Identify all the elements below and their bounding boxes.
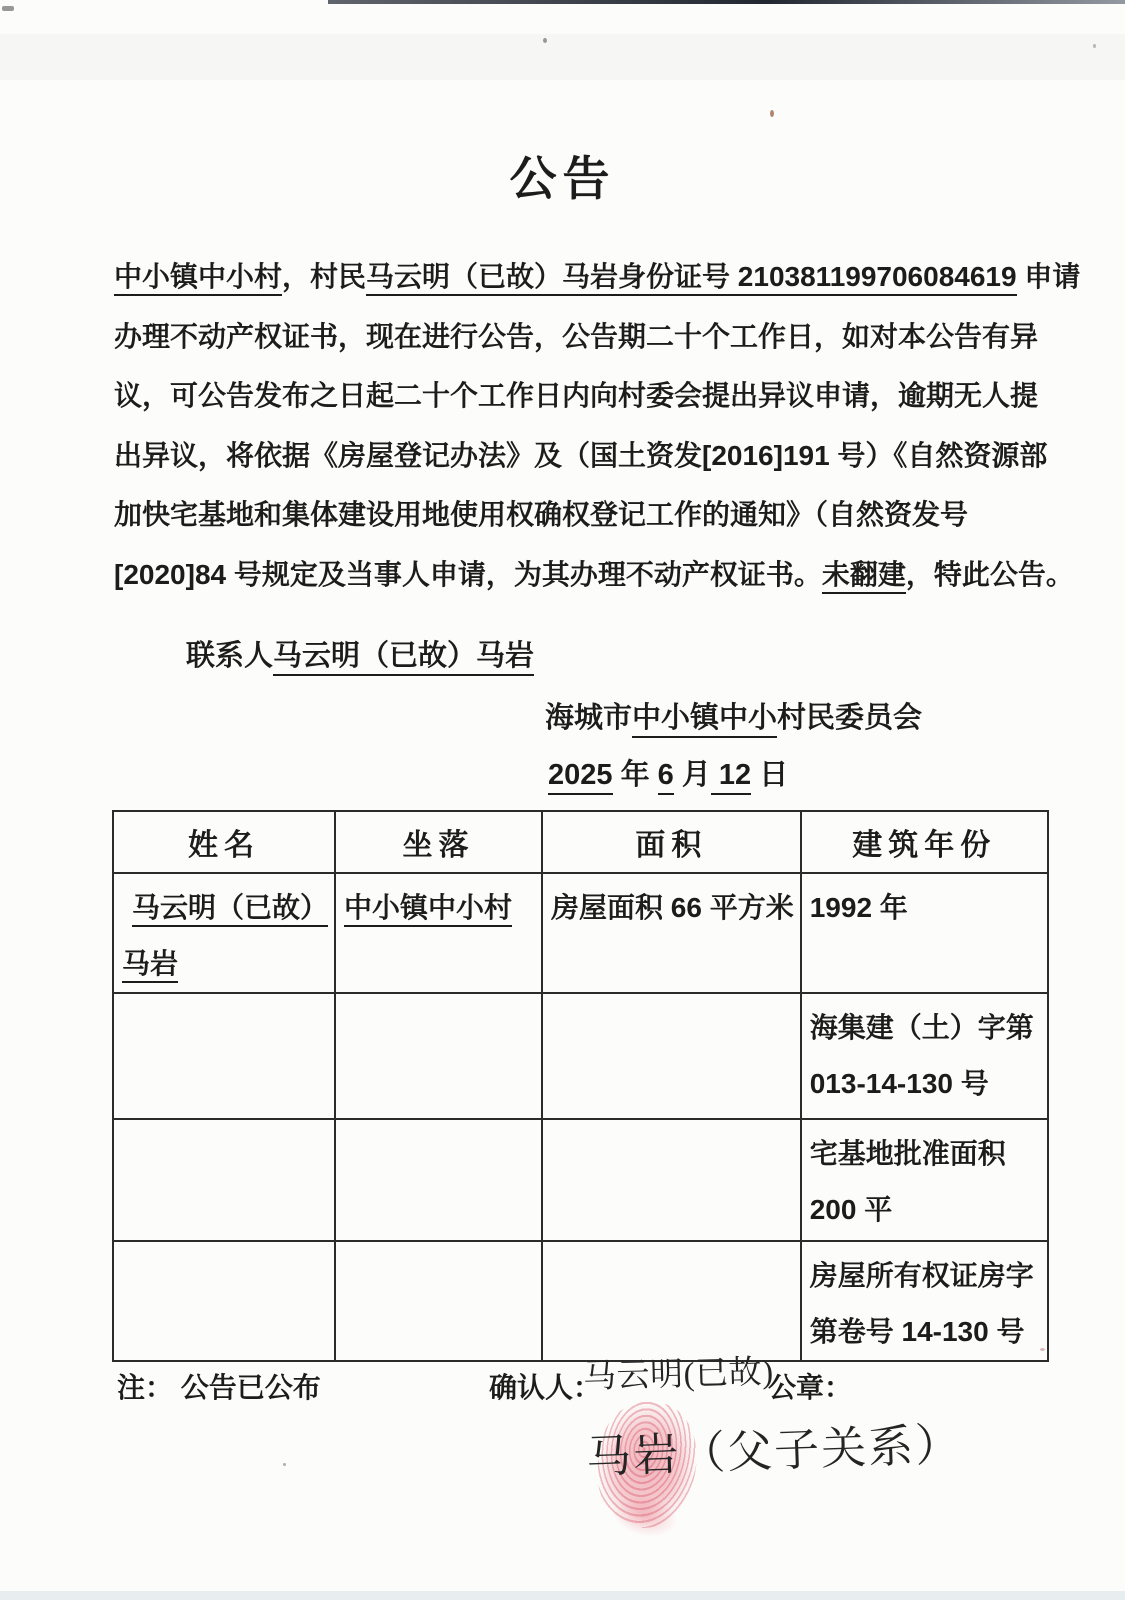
issuing-committee-line: 海城市中小镇中小村民委员会 [545,700,922,736]
text-segment: 2025 [548,759,613,795]
text-segment: 出异议，将依据《房屋登记办法》及（国土资发[2016]191 号）《自然资源部 [114,440,1047,471]
text-segment: 第卷号 14-130 号 [810,1316,1025,1347]
text-segment: 中小镇中小 [632,702,777,738]
text-segment: 日 [751,759,788,791]
col-header-location: 坐落 [335,811,542,873]
cell-line: 200 平 [810,1182,1041,1238]
cell-line: 海集建（土）字第 [810,1000,1041,1056]
body-line-5: 加快宅基地和集体建设用地使用权确权登记工作的通知》（自然资发号 [114,485,1016,545]
text-segment: 马云明（已故） [132,892,328,927]
cell-name: 马云明（已故）马岩 [113,873,335,993]
page-title: 公告 [0,142,1125,209]
cell-location: 中小镇中小村 [335,873,542,993]
official-seal-label: 公章： [768,1368,852,1408]
text-segment: 马岩 [122,948,178,983]
cell-name [113,1241,335,1361]
body-line-3: 议，可公告发布之日起二十个工作日内向村委会提出异议申请，逾期无人提 [114,366,1016,426]
cell-location [335,1119,542,1241]
text-segment: 村民委员会 [777,702,922,734]
cell-line: 马云明（已故） [122,880,328,936]
body-line-2: 办理不动产权证书，现在进行公告，公告期二十个工作日，如对本公告有异 [114,307,1016,367]
text-segment: 海集建（土）字第 [810,1012,1034,1043]
cell-year: 海集建（土）字第013-14-130 号 [801,993,1048,1119]
text-segment: 1992 年 [810,892,908,923]
cell-area: 房屋面积 66 平方米 [542,873,801,993]
text-segment: 未翻建 [822,559,906,594]
text-segment: [2020]84 号规定及当事人申请，为其办理不动产权证书。 [114,559,822,590]
published-note: 注： 公告已公布 [117,1368,321,1408]
scan-speck [283,1463,286,1466]
table-row: 房屋所有权证房字第卷号 14-130 号 [113,1241,1048,1361]
cell-line: 1992 年 [810,880,1041,936]
announcement-body: 中小镇中小村，村民马云明（已故）马岩身份证号 21038119970608461… [114,247,1016,604]
text-segment: 联系人 [186,640,273,672]
contact-person-line: 联系人马云明（已故）马岩 [186,638,534,674]
col-header-name: 姓名 [113,811,335,873]
text-segment: 马云明（已故）马岩身份证号 210381199706084619 [366,261,1017,296]
cell-line: 房屋所有权证房字 [810,1248,1041,1304]
text-segment: 加快宅基地和集体建设用地使用权确权登记工作的通知》（自然资发号 [114,499,968,530]
cell-line: 宅基地批准面积 [810,1126,1041,1182]
text-segment: 中小镇中小村 [344,892,512,927]
cell-year: 宅基地批准面积200 平 [801,1119,1048,1241]
text-segment: 月 [674,759,711,791]
text-segment: 宅基地批准面积 [810,1138,1006,1169]
text-segment: 海城市 [545,702,632,734]
cell-area [542,1241,801,1361]
scan-speck [1093,44,1096,48]
cell-name [113,1119,335,1241]
scan-corner-artifact [2,6,14,11]
table-row: 海集建（土）字第013-14-130 号 [113,993,1048,1119]
text-segment: 房屋面积 66 平方米 [551,892,794,923]
scan-edge-artifact [328,0,1125,4]
text-segment: 办理不动产权证书，现在进行公告，公告期二十个工作日，如对本公告有异 [114,321,1038,352]
col-header-year: 建筑年份 [801,811,1048,873]
scanned-announcement-page: 公告 中小镇中小村，村民马云明（已故）马岩身份证号 21038119970608… [0,0,1125,1600]
text-segment: 200 平 [810,1194,893,1225]
text-segment: 中小镇中小村 [114,261,282,296]
text-segment: 马云明（已故）马岩 [273,640,534,676]
col-header-area: 面积 [542,811,801,873]
cell-name [113,993,335,1119]
table-row: 马云明（已故）马岩 中小镇中小村 房屋面积 66 平方米 1992 年 [113,873,1048,993]
text-segment: ，特此公告。 [906,559,1074,590]
cell-year: 房屋所有权证房字第卷号 14-130 号 [801,1241,1048,1361]
text-segment: 013-14-130 号 [810,1068,989,1099]
cell-location [335,1241,542,1361]
text-segment: ，村民 [282,261,366,292]
cell-area [542,1119,801,1241]
handwritten-confirm-signature: 马云明(已故) [582,1346,774,1398]
cell-line: 013-14-130 号 [810,1056,1041,1112]
text-segment: 年 [613,759,658,791]
table-row: 宅基地批准面积200 平 [113,1119,1048,1241]
text-segment: 6 [658,759,674,795]
scan-speck [543,38,547,43]
scan-speck [770,110,774,117]
cell-area [542,993,801,1119]
cell-year: 1992 年 [801,873,1048,993]
cell-line: 第卷号 14-130 号 [810,1304,1041,1360]
cell-location [335,993,542,1119]
property-table: 姓名 坐落 面积 建筑年份 马云明（已故）马岩 中小镇中小村 房屋面积 66 平… [112,810,1049,1362]
text-segment: 申请 [1017,261,1081,292]
text-segment: 议，可公告发布之日起二十个工作日内向村委会提出异议申请，逾期无人提 [114,380,1038,411]
handwritten-signature-line2: 马岩（父子关系） [585,1407,963,1485]
cell-line: 马岩 [122,936,328,992]
scan-edge-artifact-bottom [0,1591,1125,1600]
issue-date-line: 2025 年 6 月 12 日 [548,757,788,793]
cell-line: 房屋面积 66 平方米 [551,880,794,936]
body-line-4: 出异议，将依据《房屋登记办法》及（国土资发[2016]191 号）《自然资源部 [114,426,1016,486]
cell-line: 中小镇中小村 [344,880,535,936]
scan-shadow-band [0,34,1125,80]
body-line-1: 中小镇中小村，村民马云明（已故）马岩身份证号 21038119970608461… [114,247,1016,307]
body-line-6: [2020]84 号规定及当事人申请，为其办理不动产权证书。未翻建，特此公告。 [114,545,1016,605]
text-segment: 房屋所有权证房字 [810,1260,1034,1291]
text-segment: 12 [711,759,751,795]
table-header-row: 姓名 坐落 面积 建筑年份 [113,811,1048,873]
